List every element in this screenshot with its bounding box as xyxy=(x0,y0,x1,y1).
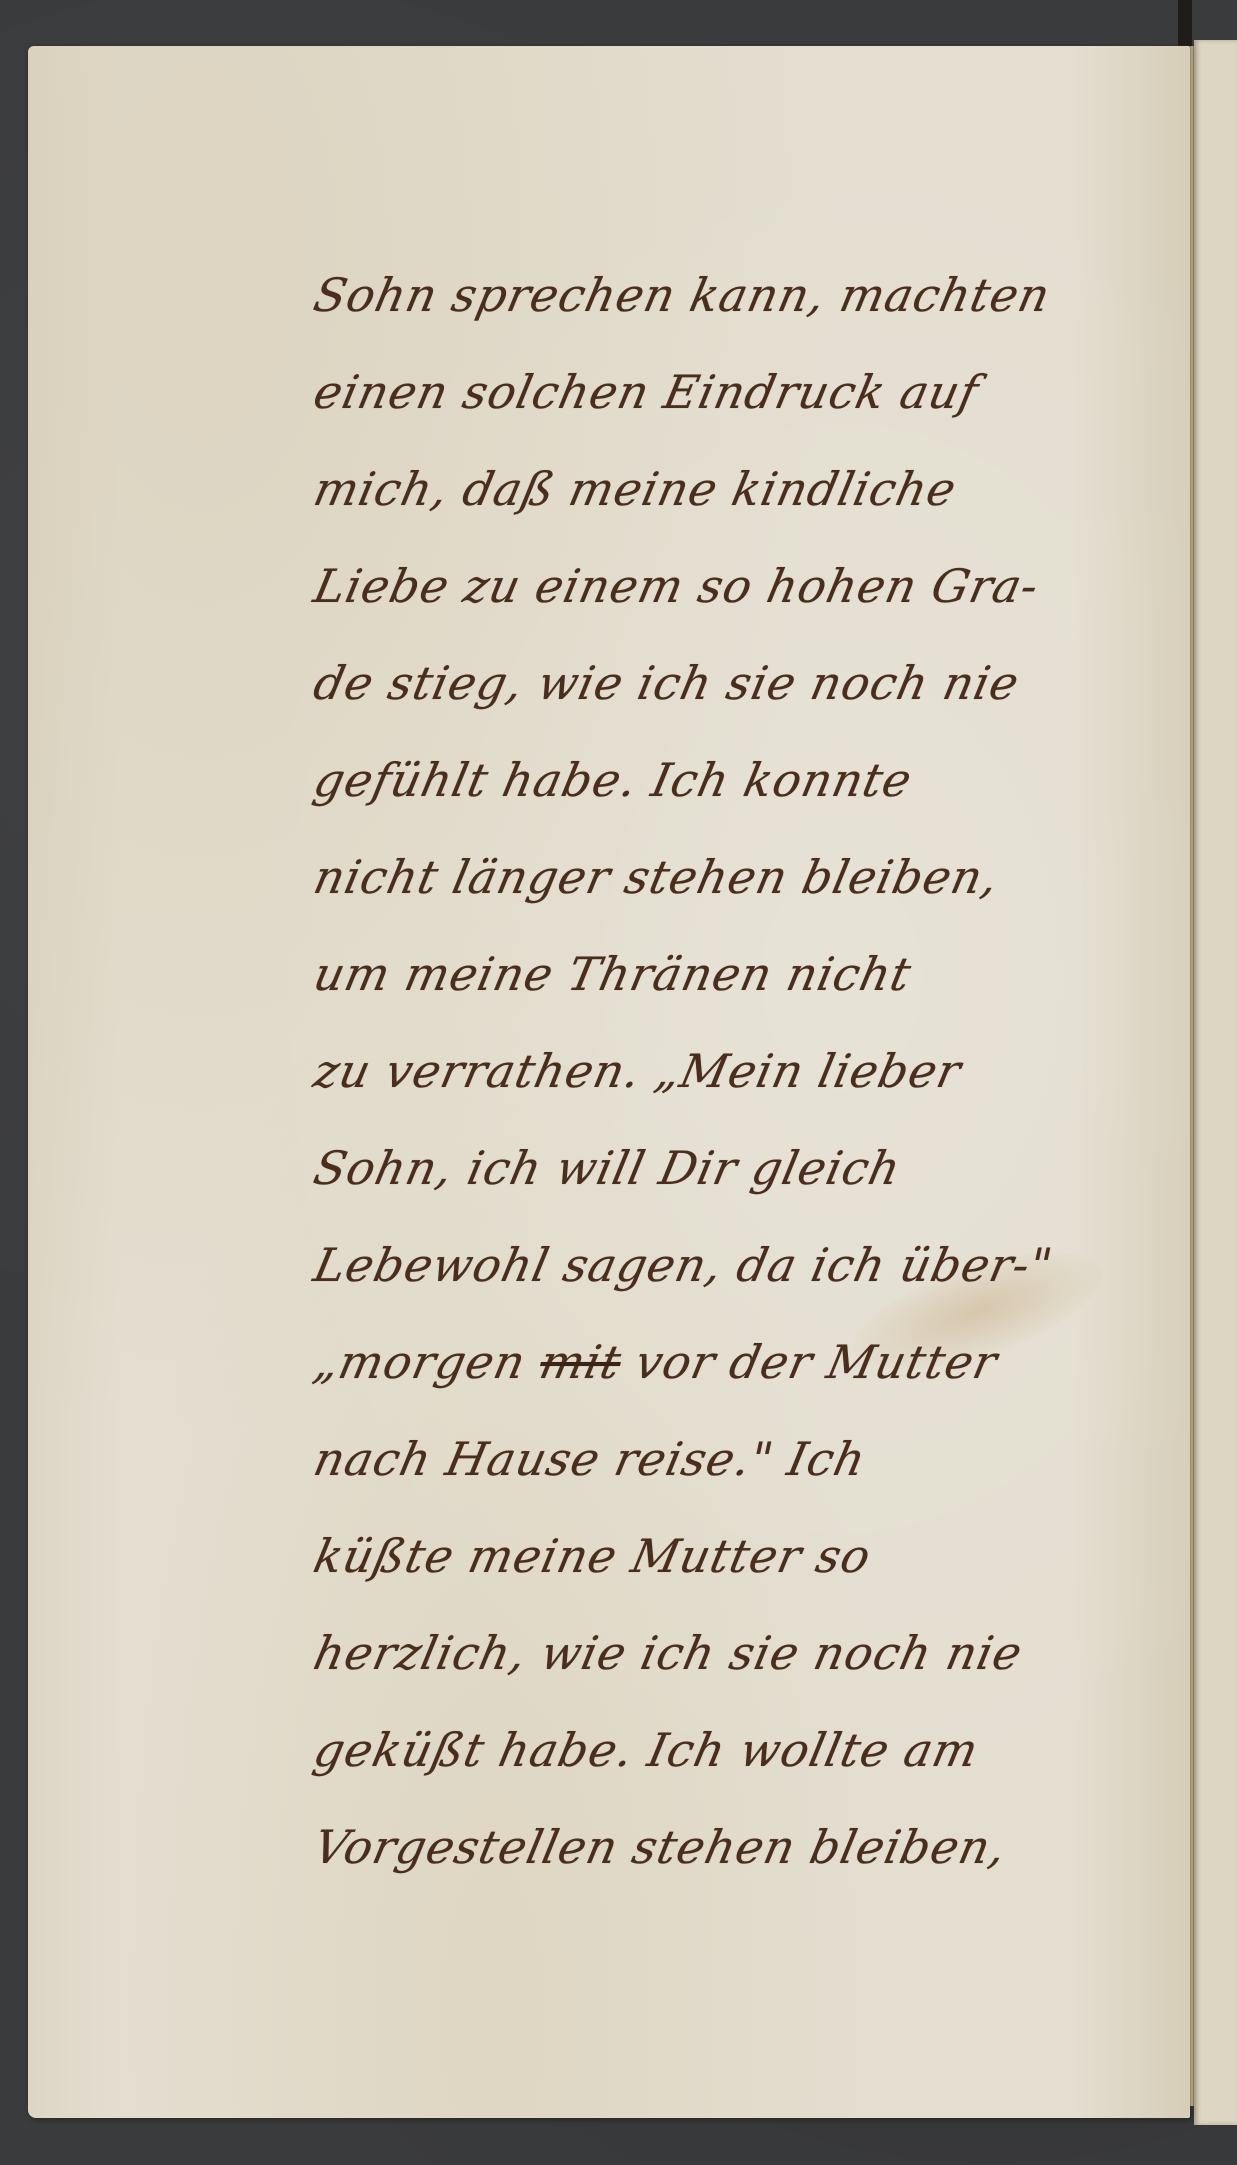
text-line: mich, daß meine kindliche xyxy=(300,462,1101,559)
text-line: herzlich, wie ich sie noch nie xyxy=(300,1626,1101,1723)
text-line: Liebe zu einem so hohen Gra- xyxy=(300,559,1101,656)
text-line-with-deletion: „morgen mit vor der Mutter xyxy=(300,1335,1101,1432)
text-line: einen solchen Eindruck auf xyxy=(300,365,1101,462)
text-line: Sohn sprechen kann, machten xyxy=(300,268,1101,365)
text-line: de stieg, wie ich sie noch nie xyxy=(300,656,1101,753)
text-line: geküßt habe. Ich wollte am xyxy=(300,1723,1101,1820)
handwritten-text-block: Sohn sprechen kann, machten einen solche… xyxy=(300,268,1080,1917)
text-line: gefühlt habe. Ich konnte xyxy=(300,753,1101,850)
text-line: Vorgestellen stehen bleiben, xyxy=(300,1820,1101,1917)
struck-word: mit xyxy=(535,1335,626,1389)
text-line: Sohn, ich will Dir gleich xyxy=(300,1141,1101,1238)
adjacent-page-edge xyxy=(1194,40,1237,2125)
text-line: um meine Thränen nicht xyxy=(300,947,1101,1044)
text-line: zu verrathen. „Mein lieber xyxy=(300,1044,1101,1141)
text-line: nach Hause reise." Ich xyxy=(300,1432,1101,1529)
page-spine xyxy=(1190,46,1194,2106)
text-line: Lebewohl sagen, da ich über-" xyxy=(300,1238,1101,1335)
text-line: nicht länger stehen bleiben, xyxy=(300,850,1101,947)
text-line: küßte meine Mutter so xyxy=(300,1529,1101,1626)
binding-gap xyxy=(1178,0,1192,46)
